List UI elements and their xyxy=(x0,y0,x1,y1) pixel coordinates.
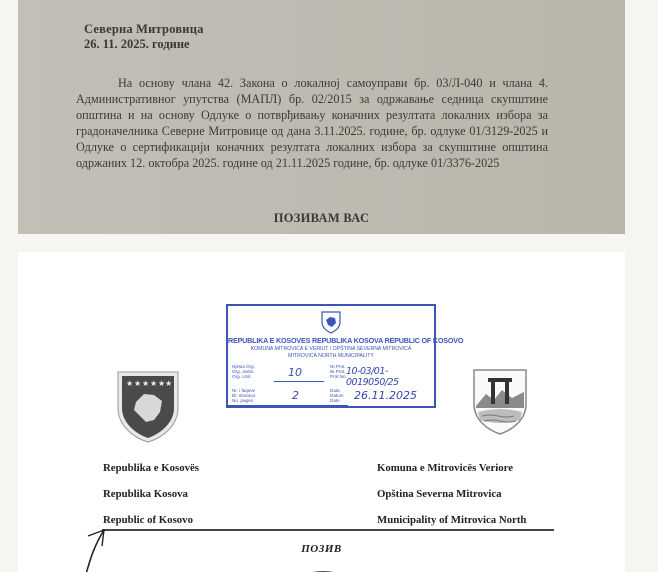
svg-text:★: ★ xyxy=(134,379,141,388)
header-left-line-2: Republika Kosova xyxy=(103,488,188,500)
document-body-text: На основу члана 42. Закона о локалној са… xyxy=(76,76,548,171)
svg-text:★: ★ xyxy=(142,379,149,388)
stamp-line-1: REPUBLIKA E KOSOVES REPUBLIKA KOSOVA REP… xyxy=(228,336,434,345)
header-left-line-1: Republika e Kosovës xyxy=(103,462,199,474)
document-city: Северна Митровица xyxy=(84,22,204,37)
stamp-date-labels: Data Datum Date xyxy=(330,388,344,403)
document-date: 26. 11. 2025. године xyxy=(84,37,190,52)
seal-partial-icon xyxy=(288,564,358,572)
registration-stamp: REPUBLIKA E KOSOVES REPUBLIKA KOSOVA REP… xyxy=(226,304,436,408)
stamp-date-value: 26.11.2025 xyxy=(354,389,417,402)
kosovo-coat-of-arms-icon: ★★★ ★★★ xyxy=(114,368,182,444)
svg-text:★: ★ xyxy=(165,379,172,388)
mitrovica-north-coat-of-arms-icon xyxy=(470,366,530,436)
stamp-prot-value: 10-03/01-0019050/25 xyxy=(346,366,434,388)
header-right-line-2: Opština Severna Mitrovica xyxy=(377,488,502,500)
document-photo-bottom: ★★★ ★★★ REPUBLIKA E KOSOVES REPUBLIKA KO… xyxy=(18,252,625,572)
stamp-line-3: MITROVICA NORTH MUNICIPALITY xyxy=(228,353,434,359)
stamp-emblem-icon xyxy=(320,310,342,334)
stamp-org-value: 10 xyxy=(288,366,302,379)
header-right-line-3: Municipality of Mitrovica North xyxy=(377,514,526,526)
stamp-line-2: KOMUNA MITROVICA E VERIUT / OPŠTINA SEVE… xyxy=(228,346,434,352)
svg-text:★: ★ xyxy=(126,379,133,388)
svg-text:★: ★ xyxy=(150,379,157,388)
stamp-prot-labels: Nr.Prot. Br.Prot. Prot.No. xyxy=(330,364,347,379)
stamp-org-labels: Njësia Org. Org. Jedin. Org. Unit. xyxy=(232,364,255,379)
header-divider xyxy=(102,529,554,531)
stamp-pages-labels: Nr. i faqeve Br. stranica No. pages xyxy=(232,388,255,403)
document-photo-top: Северна Митровица 26. 11. 2025. године Н… xyxy=(18,0,625,234)
header-right-line-1: Komuna e Mitrovicës Veriore xyxy=(377,462,513,474)
document-heading: ПОЗИВАМ ВАС xyxy=(18,211,625,226)
stamp-pages-value: 2 xyxy=(292,389,299,402)
document-title: ПОЗИВ xyxy=(18,543,625,555)
